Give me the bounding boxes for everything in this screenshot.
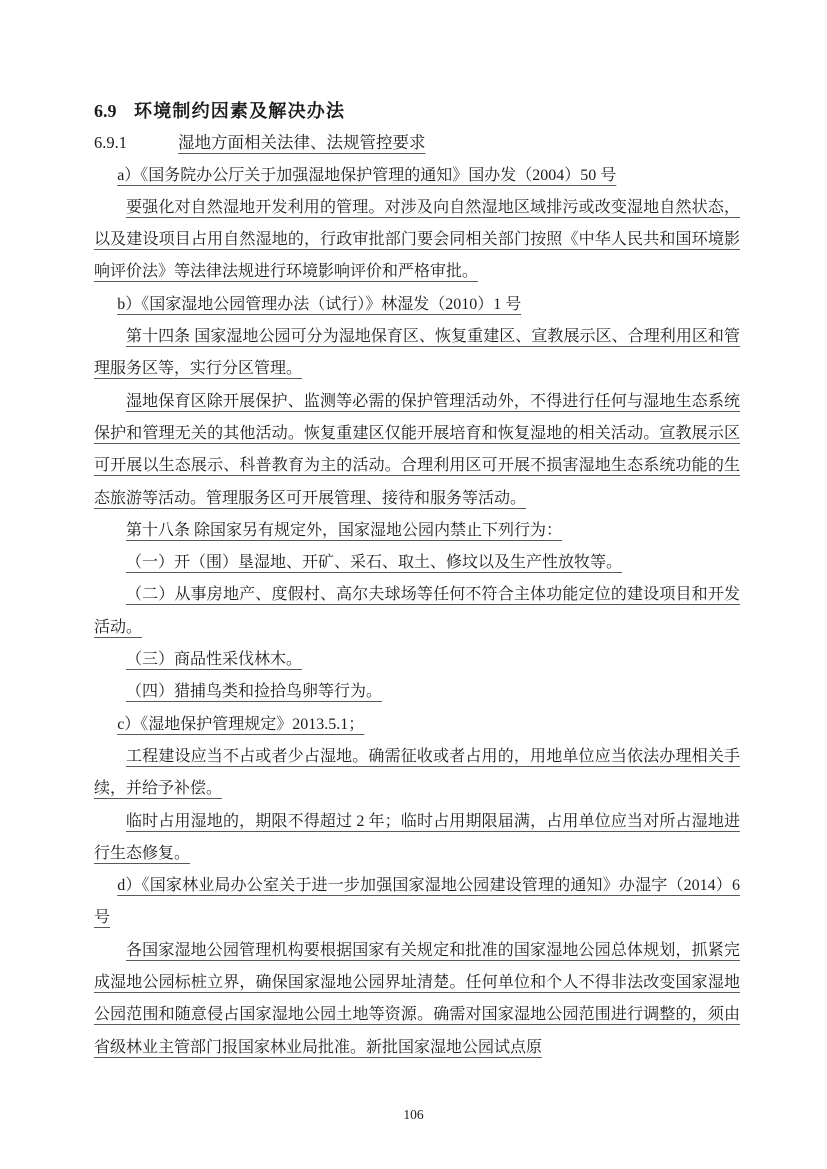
subsection-title: 湿地方面相关法律、法规管控要求 [178,133,426,152]
page-number: 106 [0,1107,827,1123]
article-18-item-1: （一）开（围）垦湿地、开矿、采石、取土、修坟以及生产性放牧等。 [94,547,740,579]
article-14-zones: 湿地保育区除开展保护、监测等必需的保护管理活动外，不得进行任何与湿地生态系统保护… [94,386,740,515]
subsection-heading: 6.9.1湿地方面相关法律、法规管控要求 [94,127,740,159]
item-b-title: b）《国家湿地公园管理办法（试行）》林湿发（2010）1 号 [94,289,740,321]
article-18-item-4: （四）猎捕鸟类和捡拾鸟卵等行为。 [94,676,740,708]
item-d-title: d）《国家林业局办公室关于进一步加强国家湿地公园建设管理的通知》办湿字（2014… [94,870,740,935]
article-18-item-3: （三）商品性采伐林木。 [94,644,740,676]
body-paragraphs: a）《国务院办公厅关于加强湿地保护管理的通知》国办发（2004）50 号要强化对… [94,160,740,1064]
subsection-number: 6.9.1 [94,127,178,159]
article-18: 第十八条 除国家另有规定外，国家湿地公园内禁止下列行为： [94,515,740,547]
section-title: 环境制约因素及解决办法 [134,101,345,121]
item-d-body: 各国家湿地公园管理机构要根据国家有关规定和批准的国家湿地公园总体规划，抓紧完成湿… [94,935,740,1064]
article-18-item-2: （二）从事房地产、度假村、高尔夫球场等任何不符合主体功能定位的建设项目和开发活动… [94,579,740,644]
document-page: 6.9环境制约因素及解决办法 6.9.1湿地方面相关法律、法规管控要求 a）《国… [0,0,827,1169]
item-a-title: a）《国务院办公厅关于加强湿地保护管理的通知》国办发（2004）50 号 [94,160,740,192]
item-c-body-2: 临时占用湿地的，期限不得超过 2 年；临时占用期限届满，占用单位应当对所占湿地进… [94,806,740,871]
article-14: 第十四条 国家湿地公园可分为湿地保育区、恢复重建区、宣教展示区、合理利用区和管理… [94,321,740,386]
item-c-body-1: 工程建设应当不占或者少占湿地。确需征收或者占用的，用地单位应当依法办理相关手续，… [94,741,740,806]
section-number: 6.9 [94,95,134,127]
section-heading: 6.9环境制约因素及解决办法 [94,95,740,127]
item-a-body: 要强化对自然湿地开发利用的管理。对涉及向自然湿地区域排污或改变湿地自然状态，以及… [94,192,740,289]
item-c-title: c）《湿地保护管理规定》2013.5.1； [94,709,740,741]
